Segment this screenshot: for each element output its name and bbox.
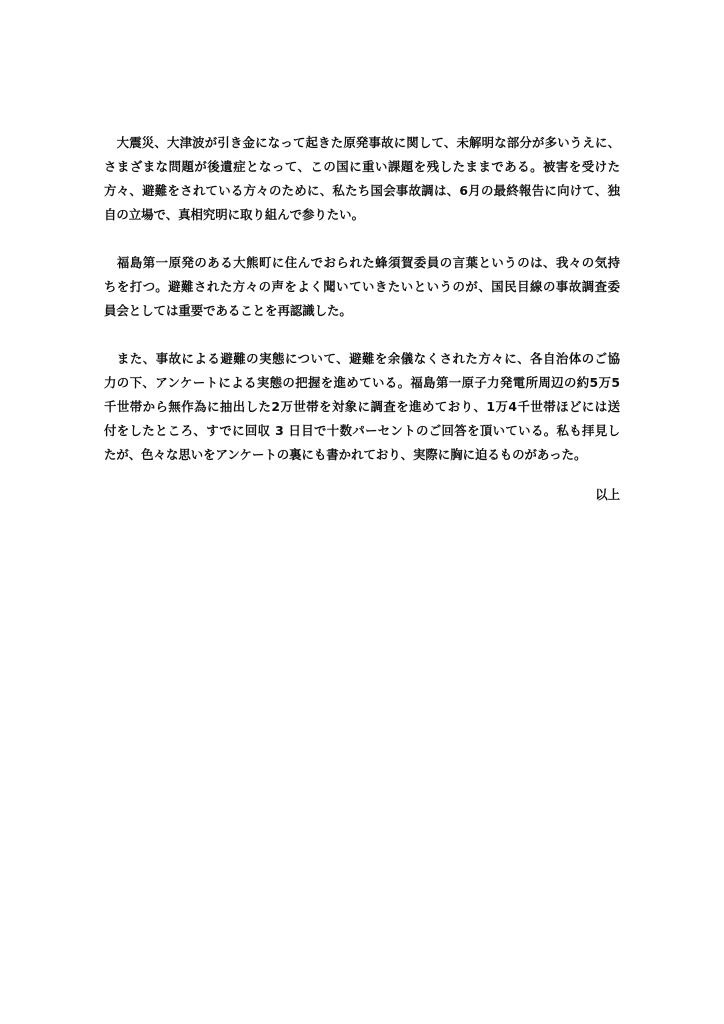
paragraph-2: 福島第一原発のある大熊町に住んでおられた蜂須賀委員の言葉というのは、我々の気持 … [104, 251, 620, 323]
text-line: 方々、避難をされている方々のために、私たち国会事故調は、6月の最終報告に向けて、… [104, 179, 620, 203]
text-line: 付をしたところ、すでに回収 3 日目で十数パーセントのご回答を頂いている。私も拝… [104, 419, 620, 443]
paragraph-3: また、事故による避難の実態について、避難を余儀なくされた方々に、各自治体のご協 … [104, 347, 620, 467]
closing-mark: 以上 [595, 483, 620, 507]
text-line: ちを打つ。避難された方々の声をよく聞いていきたいというのが、国民目線の事故調査委 [104, 275, 620, 299]
paragraph-1: 大震災、大津波が引き金になって起きた原発事故に関して、未解明な部分が多いうえに、… [104, 131, 620, 227]
text-line: さまざまな問題が後遺症となって、この国に重い課題を残したままである。被害を受けた [104, 155, 620, 179]
text-line: 千世帯から無作為に抽出した2万世帯を対象に調査を進めており、1万4千世帯ほどには… [104, 395, 620, 419]
text-line: 力の下、アンケートによる実態の把握を進めている。福島第一原子力発電所周辺の約5万… [104, 371, 620, 395]
text-line: 大震災、大津波が引き金になって起きた原発事故に関して、未解明な部分が多いうえに、 [104, 131, 620, 155]
document-body: 大震災、大津波が引き金になって起きた原発事故に関して、未解明な部分が多いうえに、… [104, 131, 620, 491]
text-line: また、事故による避難の実態について、避難を余儀なくされた方々に、各自治体のご協 [104, 347, 620, 371]
text-line: 福島第一原発のある大熊町に住んでおられた蜂須賀委員の言葉というのは、我々の気持 [104, 251, 620, 275]
text-line: 自の立場で、真相究明に取り組んで参りたい。 [104, 203, 620, 227]
text-line: たが、色々な思いをアンケートの裏にも書かれており、実際に胸に迫るものがあった。 [104, 443, 620, 467]
text-line: 員会としては重要であることを再認識した。 [104, 299, 620, 323]
